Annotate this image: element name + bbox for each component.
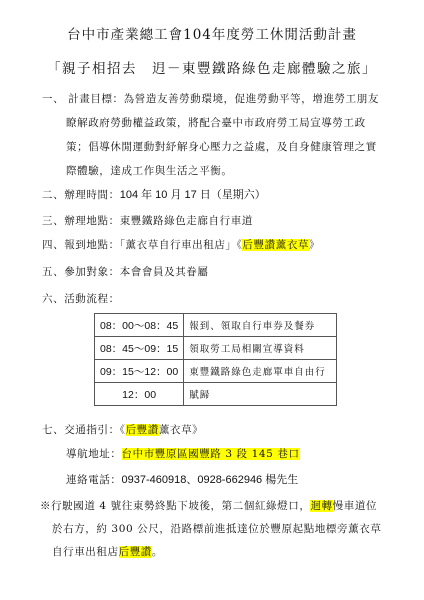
contact-phone-label: 連絡電話： [66,474,122,486]
table-row: 09：15～12：00 東豐鐵路綠色走廊單車自由行 [95,360,337,383]
section-2: 二、辦理時間：104 年 10 月 17 日（星期六） [42,186,266,202]
section-5-label: 參加對象： [64,266,120,278]
section-3: 三、辦理地點：東豐鐵路綠色走廊自行車道 [42,213,253,228]
schedule-desc: 賦歸 [184,383,337,406]
section-1-line1: 計畫目標：為營造友善勞動環境，促進勞動平等，增進勞工朋友 [68,93,379,105]
section-4-prefix: 四、 [42,239,64,251]
section-6: 六、活動流程： [42,291,120,306]
schedule-desc: 東豐鐵路綠色走廊單車自由行 [184,360,337,383]
bracket-open: 《 [120,424,126,436]
section-5: 五、參加對象：本會會員及其眷屬 [42,264,209,279]
contact-phone-value: 0937-460918、0928-662946 楊先生 [122,474,299,486]
note-line-1: ※行駛國道 4 號往東勢終點下坡後，第二個紅綠燈口，迴轉慢車道位 [40,498,377,513]
section-2-prefix: 二、 [42,189,64,201]
table-row: 12：00 賦歸 [95,383,337,406]
schedule-time: 09：15～12：00 [95,360,184,383]
section-3-prefix: 三、 [42,215,64,227]
participants: 本會會員及其眷屬 [120,266,209,278]
schedule-desc: 領取勞工局相關宣導資料 [184,337,337,360]
table-row: 08：45～09：15 領取勞工局相關宣導資料 [95,337,337,360]
note-highlight-uturn: 迴轉 [310,500,332,512]
note-text: 自行車出租店 [52,546,119,558]
note-line-2: 於右方，約 300 公尺，沿路標前進抵達位於豐原起點地標旁薰衣草 [52,521,381,536]
bracket-close: 》 [309,239,320,251]
nav-address-value: 台中市豐原區國豐路 3 段 145 巷口 [122,448,300,460]
schedule-desc: 報到、領取自行車券及餐券 [184,314,337,337]
section-1-line2: 瞭解政府勞動權益政策，將配合臺中市政府勞工局宣導勞工政 [66,115,366,130]
transport-rest: 薰衣草》 [159,424,203,436]
contact-phone: 連絡電話：0937-460918、0928-662946 楊先生 [66,471,298,487]
section-4: 四、報到地點：「薰衣草自行車出租店」《后豐讚薰衣草》 [42,237,320,252]
transport-highlight: 后豐讚 [126,424,159,436]
section-2-label: 辦理時間： [64,189,120,201]
event-location: 東豐鐵路綠色走廊自行車道 [120,215,253,227]
document-subtitle: 「親子相招去 迌－東豐鐵路綠色走廊體驗之旅」 [0,57,424,77]
event-date: 104 年 10 月 17 日（星期六） [120,189,266,201]
document-title: 台中市產業總工會104年度勞工休閒活動計畫 [0,23,424,43]
section-1: 一、 計畫目標：為營造友善勞動環境，促進勞動平等，增進勞工朋友 [42,91,379,106]
nav-address-label: 導航地址： [66,448,122,460]
schedule-time: 08：00～08：45 [95,314,184,337]
note-line-3: 自行車出租店后豐讚。 [52,544,163,559]
schedule-time: 08：45～09：15 [95,337,184,360]
section-7-prefix: 七、 [42,424,64,436]
note-text: ※行駛國道 4 號往東勢終點下坡後，第二個紅綠燈口， [40,500,310,512]
schedule-time: 12：00 [95,383,184,406]
nav-address: 導航地址：台中市豐原區國豐路 3 段 145 巷口 [66,446,300,461]
section-3-label: 辦理地點： [64,215,120,227]
table-row: 08：00～08：45 報到、領取自行車券及餐券 [95,314,337,337]
section-1-prefix: 一、 [42,93,64,105]
section-6-prefix: 六、 [42,293,64,305]
note-highlight-shop: 后豐讚 [119,546,152,558]
schedule-table: 08：00～08：45 報到、領取自行車券及餐券 08：45～09：15 領取勞… [94,313,337,406]
section-7-label: 交通指引： [64,424,120,436]
section-4-label: 報到地點： [64,239,120,251]
note-text: 。 [152,546,163,558]
note-text: 慢車道位 [333,500,377,512]
checkin-location: 「薰衣草自行車出租店」 [120,239,237,251]
section-1-line4: 際體驗，達成工作與生活之平衡。 [66,163,233,178]
section-1-line3: 策；倡導休閒運動對紓解身心壓力之益處，及自身健康管理之實 [66,139,377,154]
section-5-prefix: 五、 [42,266,64,278]
section-6-label: 活動流程： [64,293,120,305]
checkin-highlight: 后豐讚薰衣草 [242,239,309,251]
section-7: 七、交通指引：《后豐讚薰衣草》 [42,422,203,437]
